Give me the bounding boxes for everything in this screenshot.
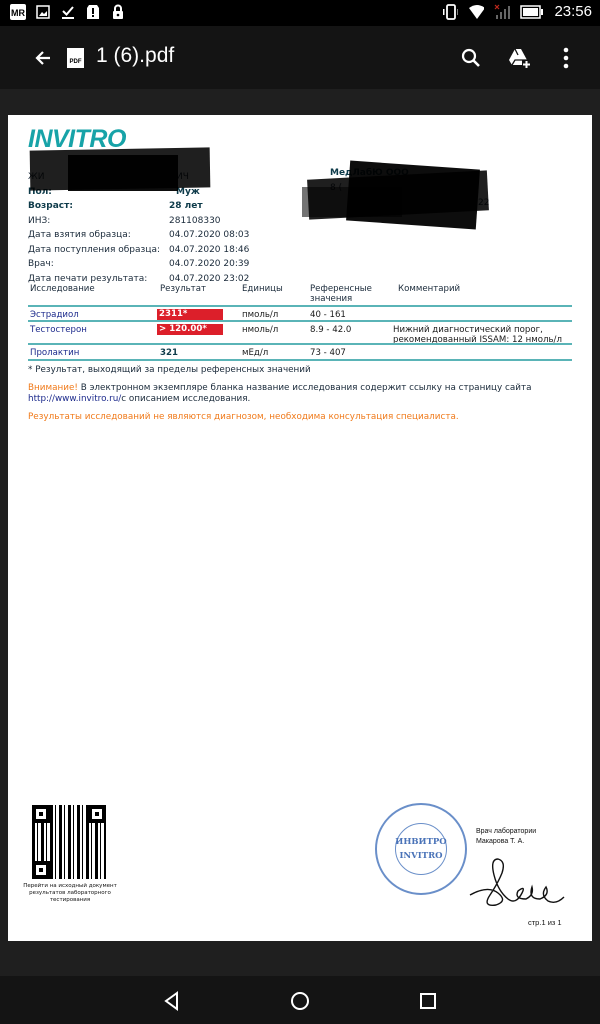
test-name[interactable]: Пролактин [30, 348, 79, 358]
nav-back-button[interactable] [157, 986, 187, 1016]
invitro-link[interactable]: http://www.invitro.ru/ [28, 394, 121, 404]
results-table: Исследование Результат Единицы Референсн… [28, 283, 572, 359]
sample-received-value: 04.07.2020 18:46 [169, 243, 249, 258]
header-units: Единицы [242, 285, 283, 295]
header-reference: Референсные значения [310, 285, 390, 304]
circle-home-icon [289, 990, 311, 1012]
image-icon [35, 4, 51, 20]
redaction-patient-name-2 [68, 155, 178, 191]
test-units: мЕд/л [242, 348, 268, 358]
attention-link-suffix: с описанием исследования. [121, 394, 250, 404]
clock: 23:56 [554, 3, 592, 20]
vibrate-icon [442, 4, 458, 20]
test-units: нмоль/л [242, 325, 278, 335]
qr-caption: Перейти на исходный документ результатов… [22, 883, 118, 904]
inz-label: ИНЗ: [28, 214, 50, 229]
mr-app-icon: MR [10, 4, 26, 20]
pdf-viewer[interactable]: INVITRO ЖИ ИЧ Пол: Муж Возраст: 28 лет И… [0, 89, 600, 976]
sample-received-label: Дата поступления образца: [28, 243, 160, 258]
table-divider [28, 305, 572, 307]
status-bar: MR 23:56 [0, 0, 600, 26]
attention-note: Внимание! В электронном экземпляре бланк… [28, 383, 568, 405]
header-test: Исследование [30, 285, 95, 295]
doctor-name: Макарова Т. А. [476, 837, 536, 847]
test-reference: 8.9 - 42.0 [310, 325, 351, 335]
table-row: Пролактин 321 мЕд/л 73 - 407 [28, 347, 572, 360]
test-result-flagged: > 120.00* [157, 324, 223, 335]
table-row: Тестостерон > 120.00* нмоль/л 8.9 - 42.0… [28, 324, 572, 345]
lock-icon [110, 4, 126, 20]
signal-no-service-icon [494, 4, 510, 20]
battery-icon [520, 4, 544, 20]
inz-value: 281108330 [169, 214, 221, 229]
more-options-button[interactable] [551, 43, 581, 73]
table-divider [28, 343, 572, 345]
alert-icon [85, 4, 101, 20]
test-reference: 40 - 161 [310, 310, 346, 320]
header-result: Результат [160, 285, 206, 295]
search-icon [460, 47, 482, 69]
footnote: * Результат, выходящий за пределы рефере… [28, 365, 311, 376]
doctor-label: Врач: [28, 257, 54, 272]
triangle-back-icon [161, 990, 183, 1012]
redaction-lab-info-3 [302, 187, 402, 217]
search-button[interactable] [456, 43, 486, 73]
arrow-back-icon [30, 44, 58, 72]
system-nav-bar [0, 976, 600, 1024]
svg-text:MR: MR [11, 8, 25, 18]
nav-recents-button[interactable] [413, 986, 443, 1016]
nav-home-button[interactable] [285, 986, 315, 1016]
disclaimer: Результаты исследований не являются диаг… [28, 412, 459, 423]
doctor-value: 04.07.2020 20:39 [169, 257, 249, 272]
test-name[interactable]: Эстрадиол [30, 310, 79, 320]
stamp-text-ru: ИНВИТРО [393, 837, 449, 847]
lab-doctor: Врач лаборатории Макарова Т. А. [476, 827, 536, 847]
stamp-text-en: INVITRO [393, 851, 449, 861]
sample-taken-value: 04.07.2020 08:03 [169, 228, 249, 243]
pdf-page: INVITRO ЖИ ИЧ Пол: Муж Возраст: 28 лет И… [8, 115, 592, 941]
signature-image [468, 855, 568, 910]
add-to-drive-button[interactable] [504, 43, 534, 73]
test-name[interactable]: Тестостерон [30, 325, 87, 335]
test-result: 321 [160, 348, 178, 358]
more-vert-icon [562, 46, 570, 70]
age-label: Возраст: [28, 199, 73, 214]
test-comment: Нижний диагностический порог, рекомендов… [393, 325, 573, 345]
drive-add-icon [507, 47, 531, 69]
age-value: 28 лет [169, 199, 203, 214]
download-done-icon [60, 4, 76, 20]
test-reference: 73 - 407 [310, 348, 346, 358]
table-header: Исследование Результат Единицы Референсн… [28, 283, 572, 307]
document-title: 1 (6).pdf [96, 44, 174, 68]
table-divider [28, 320, 572, 322]
qr-code[interactable] [32, 805, 106, 879]
attention-label: Внимание! [28, 383, 78, 393]
page-number: стр.1 из 1 [528, 918, 562, 927]
test-result-flagged: 2311* [157, 309, 223, 320]
sample-taken-label: Дата взятия образца: [28, 228, 131, 243]
header-comment: Комментарий [398, 285, 460, 295]
wifi-icon [468, 4, 484, 20]
table-divider [28, 359, 572, 361]
app-toolbar: PDF 1 (6).pdf [0, 26, 600, 89]
test-units: пмоль/л [242, 310, 278, 320]
back-button[interactable] [30, 44, 58, 72]
lab-stamp: ИНВИТРО INVITRO [375, 803, 467, 895]
doctor-title: Врач лаборатории [476, 827, 536, 837]
attention-text: В электронном экземпляре бланка название… [78, 383, 532, 393]
square-recents-icon [417, 990, 439, 1012]
pdf-file-icon: PDF [67, 48, 84, 68]
